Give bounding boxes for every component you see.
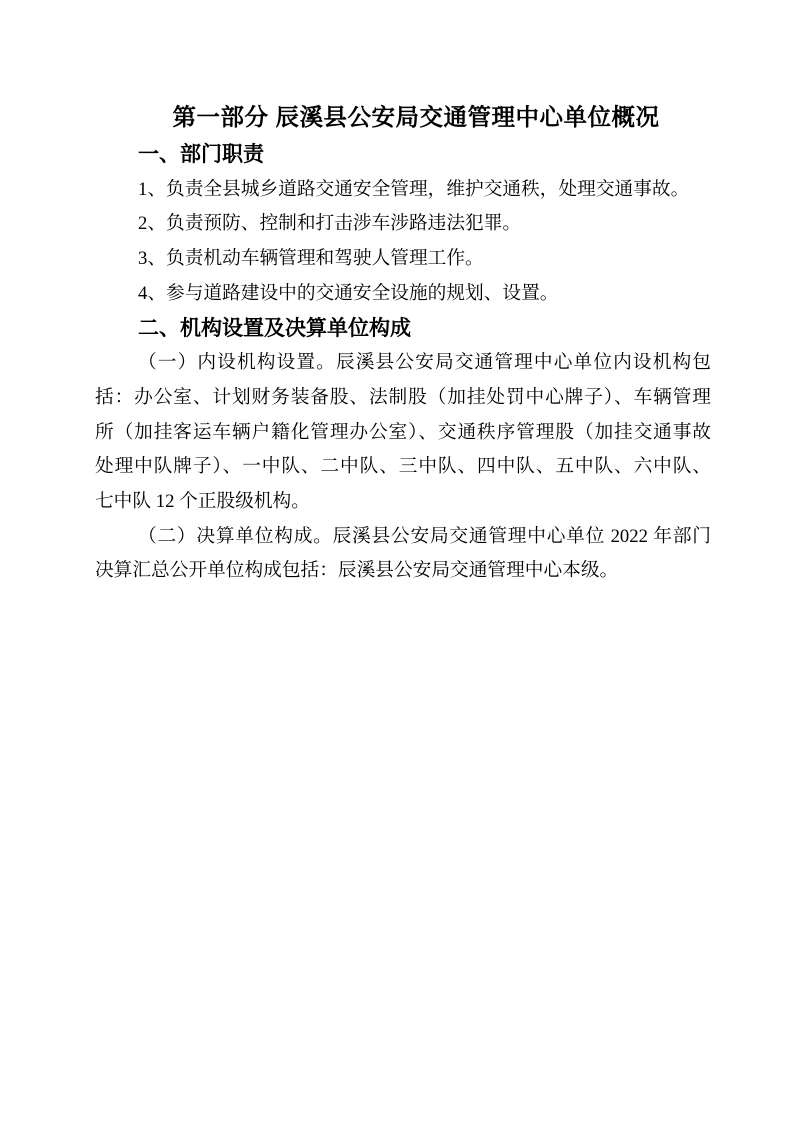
paragraph-1-line-1: （一）内设机构设置。辰溪县公安局交通管理中心单位内设机构包 [95,346,711,381]
page-title: 第一部分 辰溪县公安局交通管理中心单位概况 [95,96,711,138]
section-1-heading: 一、部门职责 [95,138,711,173]
paragraph-1-line-2: 括：办公室、计划财务装备股、法制股（加挂处罚中心牌子）、车辆管理 [95,381,711,416]
paragraph-2-line-1: （二）决算单位构成。辰溪县公安局交通管理中心单位 2022 年部门 [95,520,711,555]
paragraph-1-line-5: 七中队 12 个正股级机构。 [95,485,711,520]
duty-item-3: 3、负责机动车辆管理和驾驶人管理工作。 [95,242,711,277]
document-page: 第一部分 辰溪县公安局交通管理中心单位概况 一、部门职责 1、负责全县城乡道路交… [0,0,793,1122]
duty-item-4: 4、参与道路建设中的交通安全设施的规划、设置。 [95,277,711,312]
paragraph-1-line-4: 处理中队牌子）、一中队、二中队、三中队、四中队、五中队、六中队、 [95,450,711,485]
section-2-heading: 二、机构设置及决算单位构成 [95,312,711,347]
paragraph-1-line-3: 所（加挂客运车辆户籍化管理办公室）、交通秩序管理股（加挂交通事故 [95,416,711,451]
duty-item-1: 1、负责全县城乡道路交通安全管理，维护交通秩，处理交通事故。 [95,173,711,208]
paragraph-2-line-2: 决算汇总公开单位构成包括：辰溪县公安局交通管理中心本级。 [95,554,711,589]
duty-item-2: 2、负责预防、控制和打击涉车涉路违法犯罪。 [95,207,711,242]
